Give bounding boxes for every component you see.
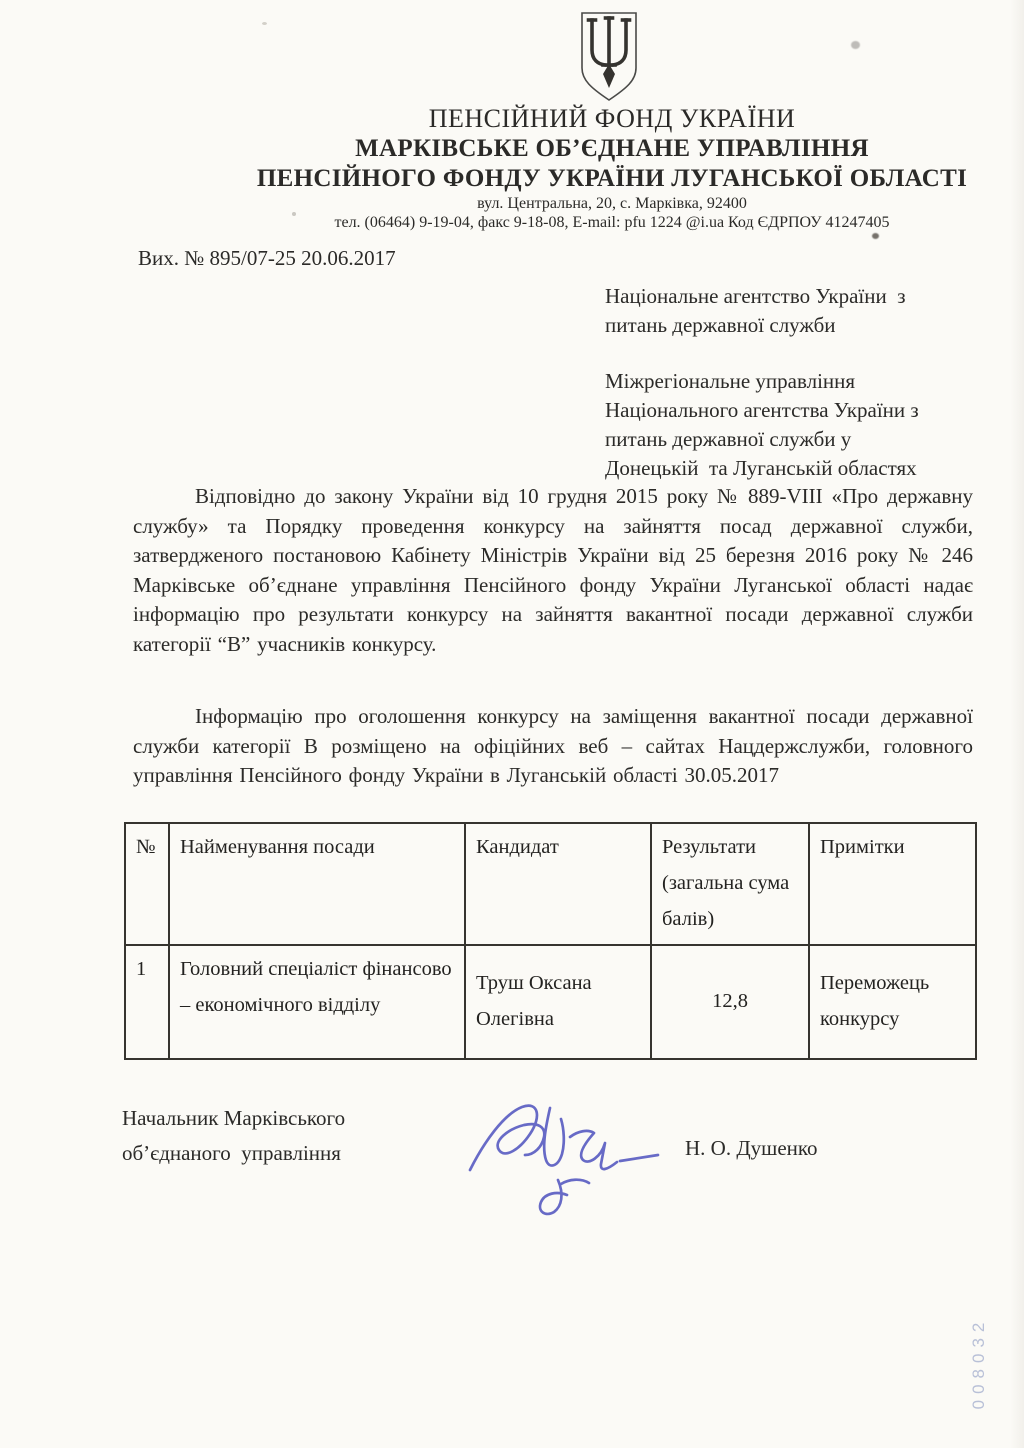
org-name-line1: МАРКІВСЬКЕ ОБ’ЄДНАНЕ УПРАВЛІННЯ — [200, 136, 1024, 161]
org-name-line2: ПЕНСІЙНОГО ФОНДУ УКРАЇНИ ЛУГАНСЬКОЇ ОБЛА… — [200, 166, 1024, 191]
recipient-line: Міжрегіональне управління — [605, 367, 975, 396]
header-candidate: Кандидат — [465, 823, 651, 945]
cell-result-score: 12,8 — [651, 945, 809, 1059]
cell-number: 1 — [125, 945, 169, 1059]
header-number: № — [125, 823, 169, 945]
recipient-line: Донецькій та Луганській областях — [605, 454, 975, 483]
outgoing-reference-number: Вих. № 895/07-25 20.06.2017 — [138, 246, 396, 271]
header-position: Найменування посади — [169, 823, 465, 945]
signer-title-line: об’єднаного управління — [122, 1136, 345, 1171]
scanned-letter-page: ПЕНСІЙНИЙ ФОНД УКРАЇНИ МАРКІВСЬКЕ ОБ’ЄДН… — [0, 0, 1024, 1448]
scanner-page-counter: 008032 — [969, 1298, 991, 1428]
table-header-row: № Найменування посади Кандидат Результат… — [125, 823, 976, 945]
recipient-agency: Національне агентство України з питань д… — [605, 282, 975, 340]
cell-notes: Переможець конкурсу — [809, 945, 976, 1059]
org-contacts: тел. (06464) 9-19-04, факс 9-18-08, E-ma… — [200, 215, 1024, 231]
scan-speck — [262, 22, 267, 25]
cell-candidate: Труш Оксана Олегівна — [465, 945, 651, 1059]
signer-title: Начальник Марківського об’єднаного управ… — [122, 1101, 345, 1171]
letterhead: ПЕНСІЙНИЙ ФОНД УКРАЇНИ МАРКІВСЬКЕ ОБ’ЄДН… — [200, 106, 1024, 231]
table-row: 1 Головний спеціаліст фінансово – економ… — [125, 945, 976, 1059]
recipient-line: Національного агентства України з — [605, 396, 975, 425]
cell-position: Головний спеціаліст фінансово – економіч… — [169, 945, 465, 1059]
scan-speck — [851, 41, 860, 49]
signer-title-line: Начальник Марківського — [122, 1101, 345, 1136]
scan-speck — [292, 212, 296, 216]
header-notes: Примітки — [809, 823, 976, 945]
header-results: Результати (загальна сума балів) — [651, 823, 809, 945]
recipient-line: питань державної служби у — [605, 425, 975, 454]
competition-results-table: № Найменування посади Кандидат Результат… — [124, 822, 977, 1060]
org-address: вул. Центральна, 20, с. Марківка, 92400 — [200, 196, 1024, 212]
recipient-line: питань державної служби — [605, 311, 975, 340]
scan-speck — [872, 233, 879, 239]
recipient-block: Національне агентство України з питань д… — [605, 282, 975, 483]
body-paragraph-1: Відповідно до закону України від 10 груд… — [133, 482, 973, 659]
org-name-parent: ПЕНСІЙНИЙ ФОНД УКРАЇНИ — [200, 106, 1024, 132]
signer-name: Н. О. Душенко — [685, 1136, 818, 1161]
handwritten-signature-icon — [462, 1082, 682, 1222]
recipient-line: Національне агентство України з — [605, 282, 975, 311]
body-paragraph-2: Інформацію про оголошення конкурсу на за… — [133, 702, 973, 791]
recipient-regional-office: Міжрегіональне управління Національного … — [605, 367, 975, 483]
ukraine-tryzub-emblem-icon — [578, 12, 640, 102]
